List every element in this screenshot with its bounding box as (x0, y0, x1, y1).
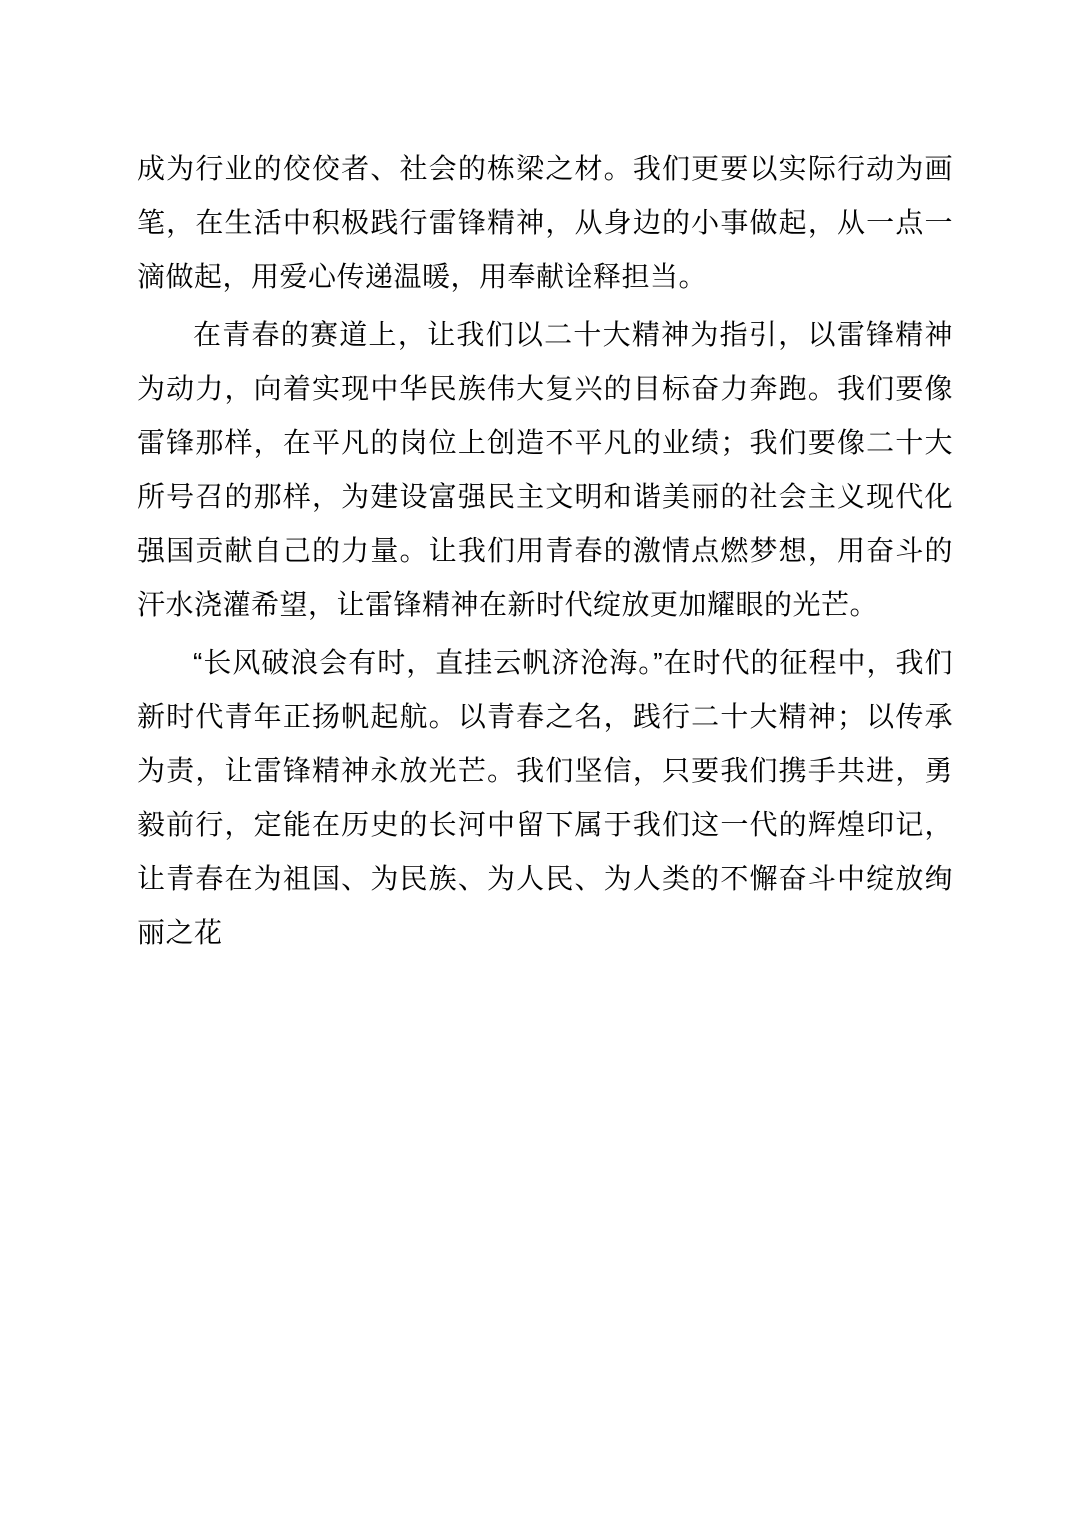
paragraph-3: “长风破浪会有时，直挂云帆济沧海。”在时代的征程中，我们新时代青年正扬帆起航。以… (137, 636, 953, 960)
paragraph-2: 在青春的赛道上，让我们以二十大精神为指引，以雷锋精神为动力，向着实现中华民族伟大… (137, 308, 953, 632)
document-body: 成为行业的佼佼者、社会的栋梁之材。我们更要以实际行动为画笔，在生活中积极践行雷锋… (137, 142, 953, 960)
document-page: 成为行业的佼佼者、社会的栋梁之材。我们更要以实际行动为画笔，在生活中积极践行雷锋… (0, 0, 1080, 1527)
paragraph-1: 成为行业的佼佼者、社会的栋梁之材。我们更要以实际行动为画笔，在生活中积极践行雷锋… (137, 142, 953, 304)
